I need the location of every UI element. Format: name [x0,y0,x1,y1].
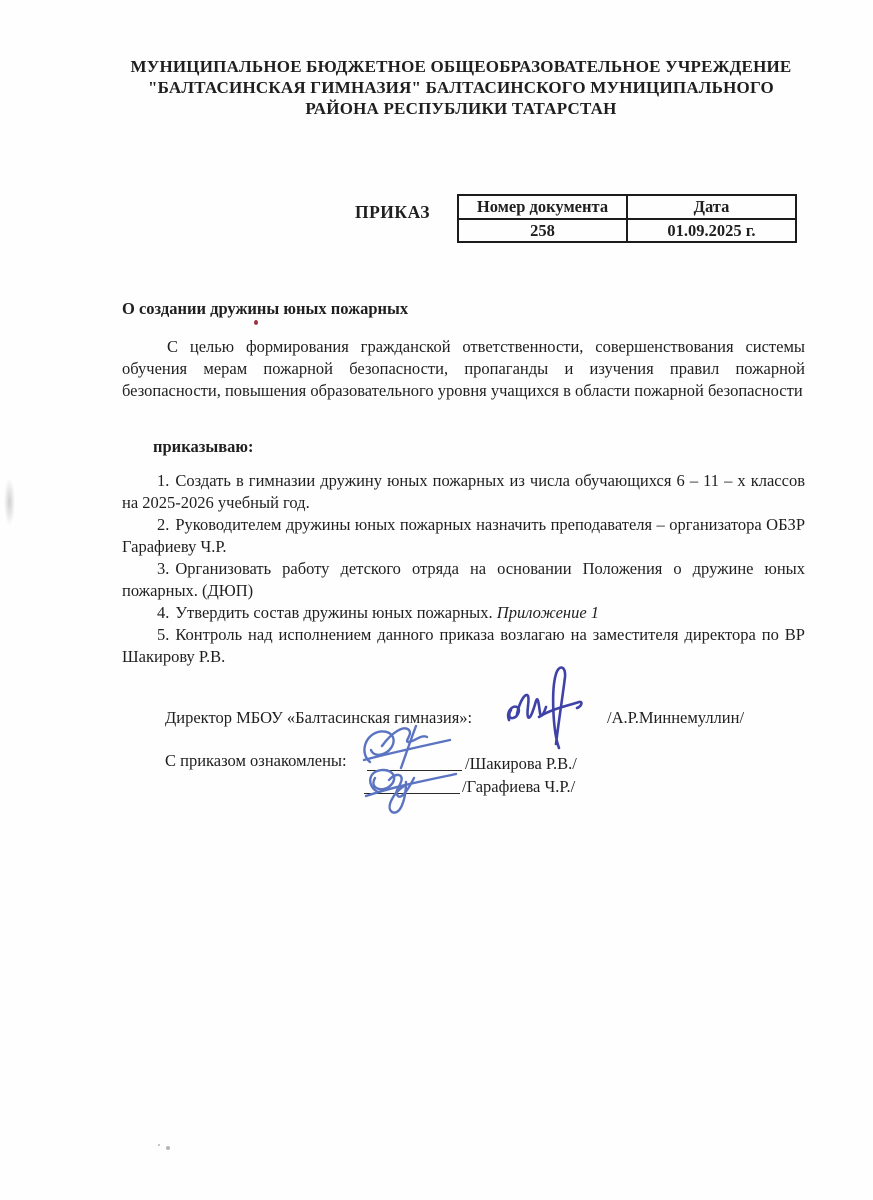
decree-word: приказываю: [153,437,253,457]
meta-table-header-row: Номер документа Дата [458,195,796,219]
item-number: 4. [157,603,169,622]
scan-speck [166,1146,170,1150]
item-italic-reference: Приложение 1 [497,603,599,622]
item-number: 2. [157,515,169,534]
meta-table-header-date: Дата [627,195,796,219]
document-date: 01.09.2025 г. [627,219,796,242]
document-meta-table: Номер документа Дата 258 01.09.2025 г. [457,194,797,243]
item-number: 1. [157,471,169,490]
document-number: 258 [458,219,627,242]
ack-name-1: /Шакирова Р.В./ [465,754,577,774]
meta-table-header-number: Номер документа [458,195,627,219]
item-text: Утвердить состав дружины юных пожарных. [175,603,496,622]
item-number: 3. [157,559,169,578]
scan-smudge [4,478,15,526]
meta-table-value-row: 258 01.09.2025 г. [458,219,796,242]
director-name: /А.Р.Миннемуллин/ [607,708,744,728]
item-text: Контроль над исполнением данного приказа… [122,625,805,666]
preamble-paragraph: С целью формирования гражданской ответст… [122,336,805,402]
org-header-line: РАЙОНА РЕСПУБЛИКИ ТАТАРСТАН [53,98,869,119]
order-item-2: 2.Руководителем дружины юных пожарных на… [122,514,805,558]
acknowledgement-signatures [356,724,468,818]
org-header-line: МУНИЦИПАЛЬНОЕ БЮДЖЕТНОЕ ОБЩЕОБРАЗОВАТЕЛЬ… [53,56,869,77]
org-header: МУНИЦИПАЛЬНОЕ БЮДЖЕТНОЕ ОБЩЕОБРАЗОВАТЕЛЬ… [53,56,869,119]
ack-name-2: /Гарафиева Ч.Р./ [462,777,575,797]
order-items: 1.Создать в гимназии дружину юных пожарн… [122,470,805,668]
order-item-4: 4.Утвердить состав дружины юных пожарных… [122,602,805,624]
acknowledged-label: С приказом ознакомлены: [165,751,347,771]
scan-speck [158,1144,160,1146]
org-header-line: "БАЛТАСИНСКАЯ ГИМНАЗИЯ" БАЛТАСИНСКОГО МУ… [53,77,869,98]
item-text: Организовать работу детского отряда на о… [122,559,805,600]
item-text: Руководителем дружины юных пожарных назн… [122,515,805,556]
order-item-1: 1.Создать в гимназии дружину юных пожарн… [122,470,805,514]
order-label: ПРИКАЗ [355,202,430,223]
item-text: Создать в гимназии дружину юных пожарных… [122,471,805,512]
order-item-3: 3.Организовать работу детского отряда на… [122,558,805,602]
order-item-5: 5.Контроль над исполнением данного прика… [122,624,805,668]
item-number: 5. [157,625,169,644]
document-page: МУНИЦИПАЛЬНОЕ БЮДЖЕТНОЕ ОБЩЕОБРАЗОВАТЕЛЬ… [0,0,873,1200]
stray-ink-dot [254,320,258,325]
director-signature [503,662,587,750]
subject-line: О создании дружины юных пожарных [122,299,408,319]
